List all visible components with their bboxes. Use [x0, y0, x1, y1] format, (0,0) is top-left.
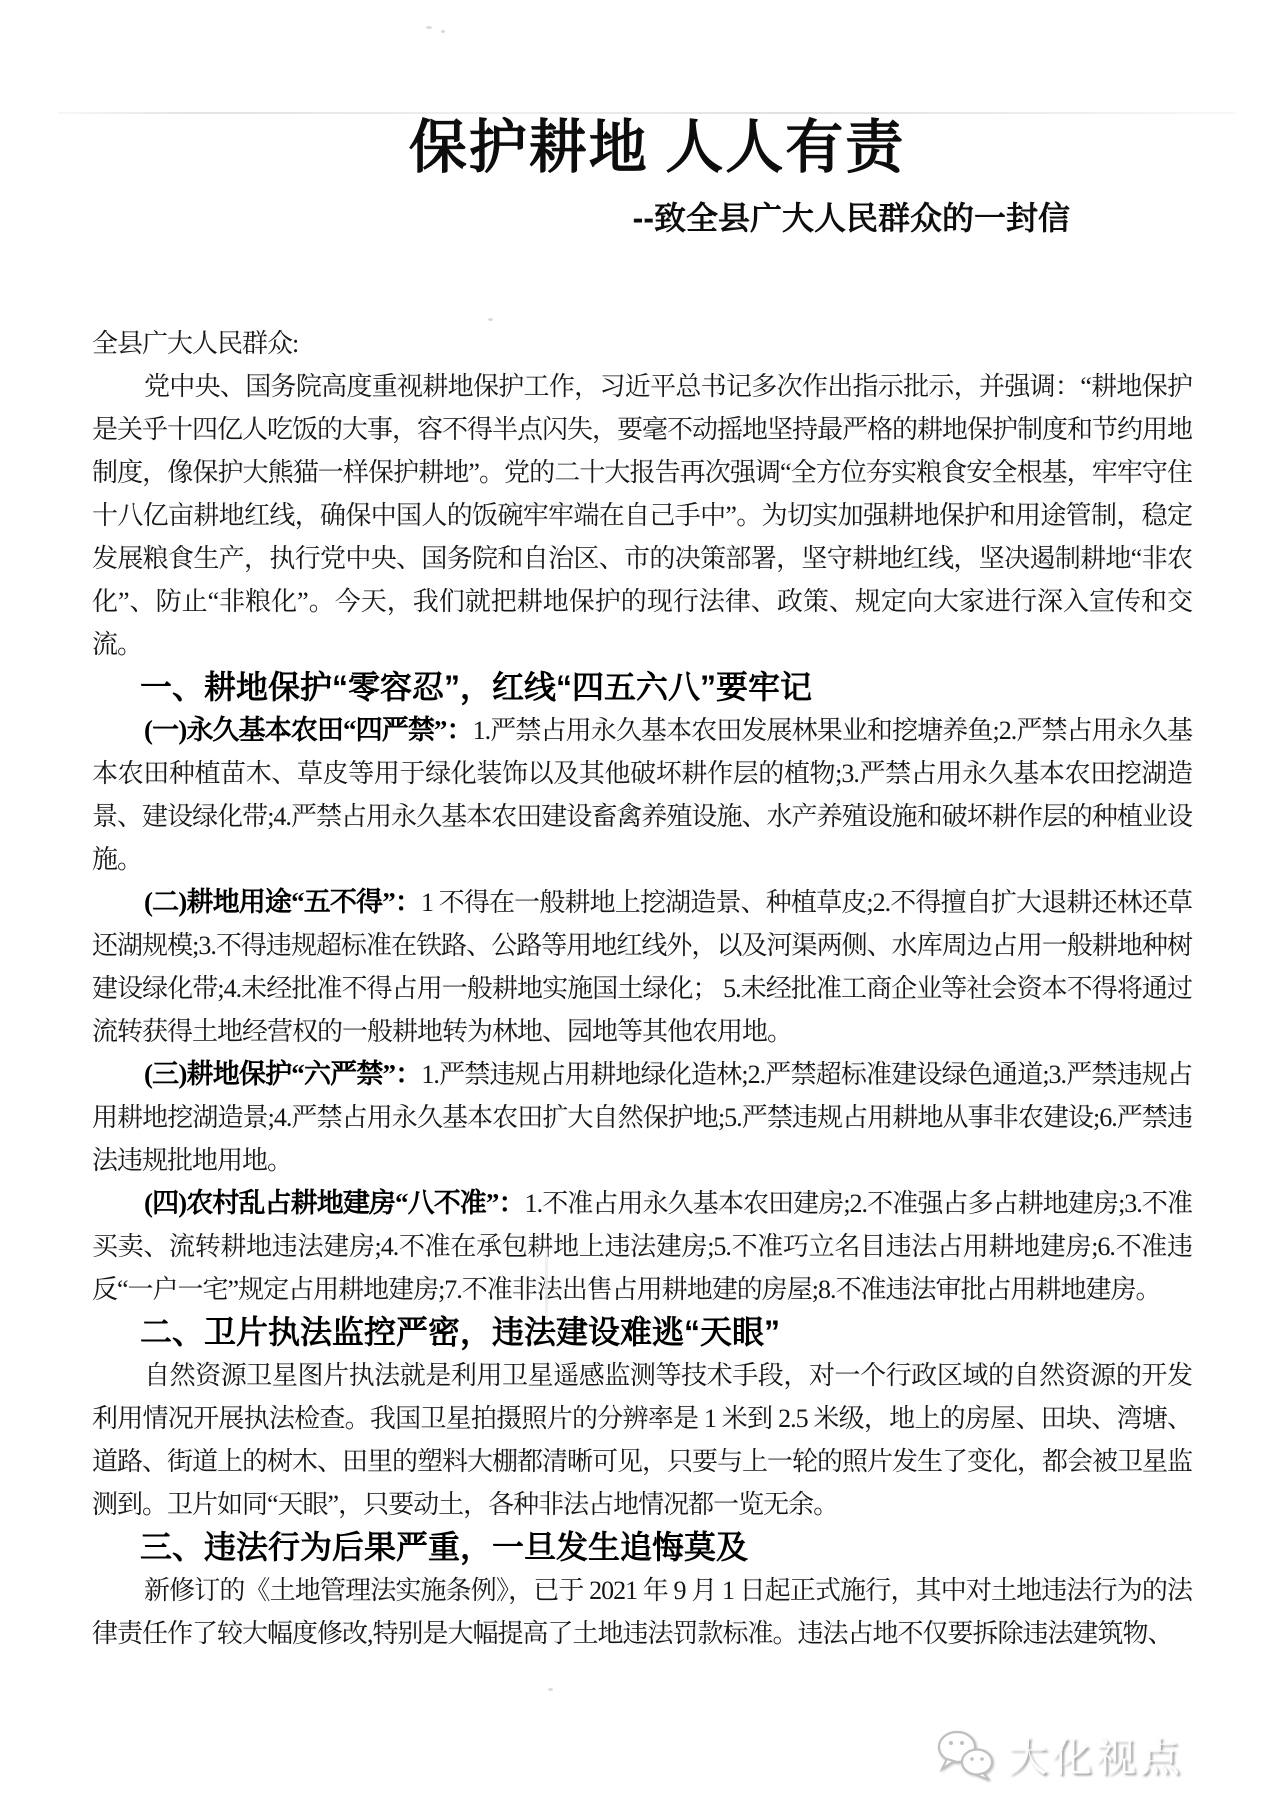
- scan-artifact-speck: [548, 1688, 553, 1691]
- page-title: 保护耕地 人人有责: [0, 0, 1280, 180]
- section-2-paragraph: 自然资源卫星图片执法就是利用卫星遥感监测等技术手段，对一个行政区域的自然资源的开…: [92, 1354, 1192, 1526]
- section-3-heading: 三、违法行为后果严重，一旦发生追悔莫及: [92, 1526, 1192, 1569]
- item-3-lead: (三)耕地保护“六严禁”：: [144, 1059, 421, 1089]
- section-1-item-2: (二)耕地用途“五不得”：1 不得在一般耕地上挖湖造景、种植草皮;2.不得擅自扩…: [92, 881, 1192, 1053]
- section-3-paragraph: 新修订的《土地管理法实施条例》，已于 2021 年 9 月 1 日起正式施行，其…: [92, 1569, 1192, 1655]
- letter-body: 全县广大人民群众: 党中央、国务院高度重视耕地保护工作，习近平总书记多次作出指示…: [92, 322, 1192, 1655]
- item-2-lead: (二)耕地用途“五不得”：: [144, 887, 421, 917]
- section-2-heading: 二、卫片执法监控严密，违法建设难逃“天眼”: [92, 1311, 1192, 1354]
- scan-artifact-speck: [556, 1412, 561, 1415]
- section-1-item-1: (一)永久基本农田“四严禁”：1.严禁占用永久基本农田发展林果业和挖塘养鱼;2.…: [92, 709, 1192, 881]
- watermark-brand: 大化视点: [1008, 1726, 1184, 1783]
- watermark: 大化视点: [932, 1726, 1184, 1783]
- item-4-lead: (四)农村乱占耕地建房“八不准”：: [144, 1188, 525, 1218]
- item-1-lead: (一)永久基本农田“四严禁”：: [144, 715, 473, 745]
- scan-artifact-speck: [441, 30, 445, 33]
- scan-artifact-smudge: [545, 1248, 548, 1322]
- scanned-letter-page: 保护耕地 人人有责 --致全县广大人民群众的一封信 全县广大人民群众: 党中央、…: [0, 0, 1280, 1811]
- section-1-heading: 一、耕地保护“零容忍”，红线“四五六八”要牢记: [92, 666, 1192, 709]
- wechat-icon: [932, 1728, 998, 1782]
- section-1-item-3: (三)耕地保护“六严禁”：1.严禁违规占用耕地绿化造林;2.严禁超标准建设绿色通…: [92, 1053, 1192, 1182]
- scan-artifact-speck: [426, 26, 432, 29]
- intro-paragraph: 党中央、国务院高度重视耕地保护工作，习近平总书记多次作出指示批示，并强调：“耕地…: [92, 365, 1192, 666]
- salutation: 全县广大人民群众:: [92, 322, 1192, 365]
- page-subtitle: --致全县广大人民群众的一封信: [0, 200, 1070, 236]
- scan-artifact-line: [58, 112, 1236, 114]
- scan-artifact-speck: [488, 318, 493, 321]
- section-1-item-4: (四)农村乱占耕地建房“八不准”：1.不准占用永久基本农田建房;2.不准强占多占…: [92, 1182, 1192, 1311]
